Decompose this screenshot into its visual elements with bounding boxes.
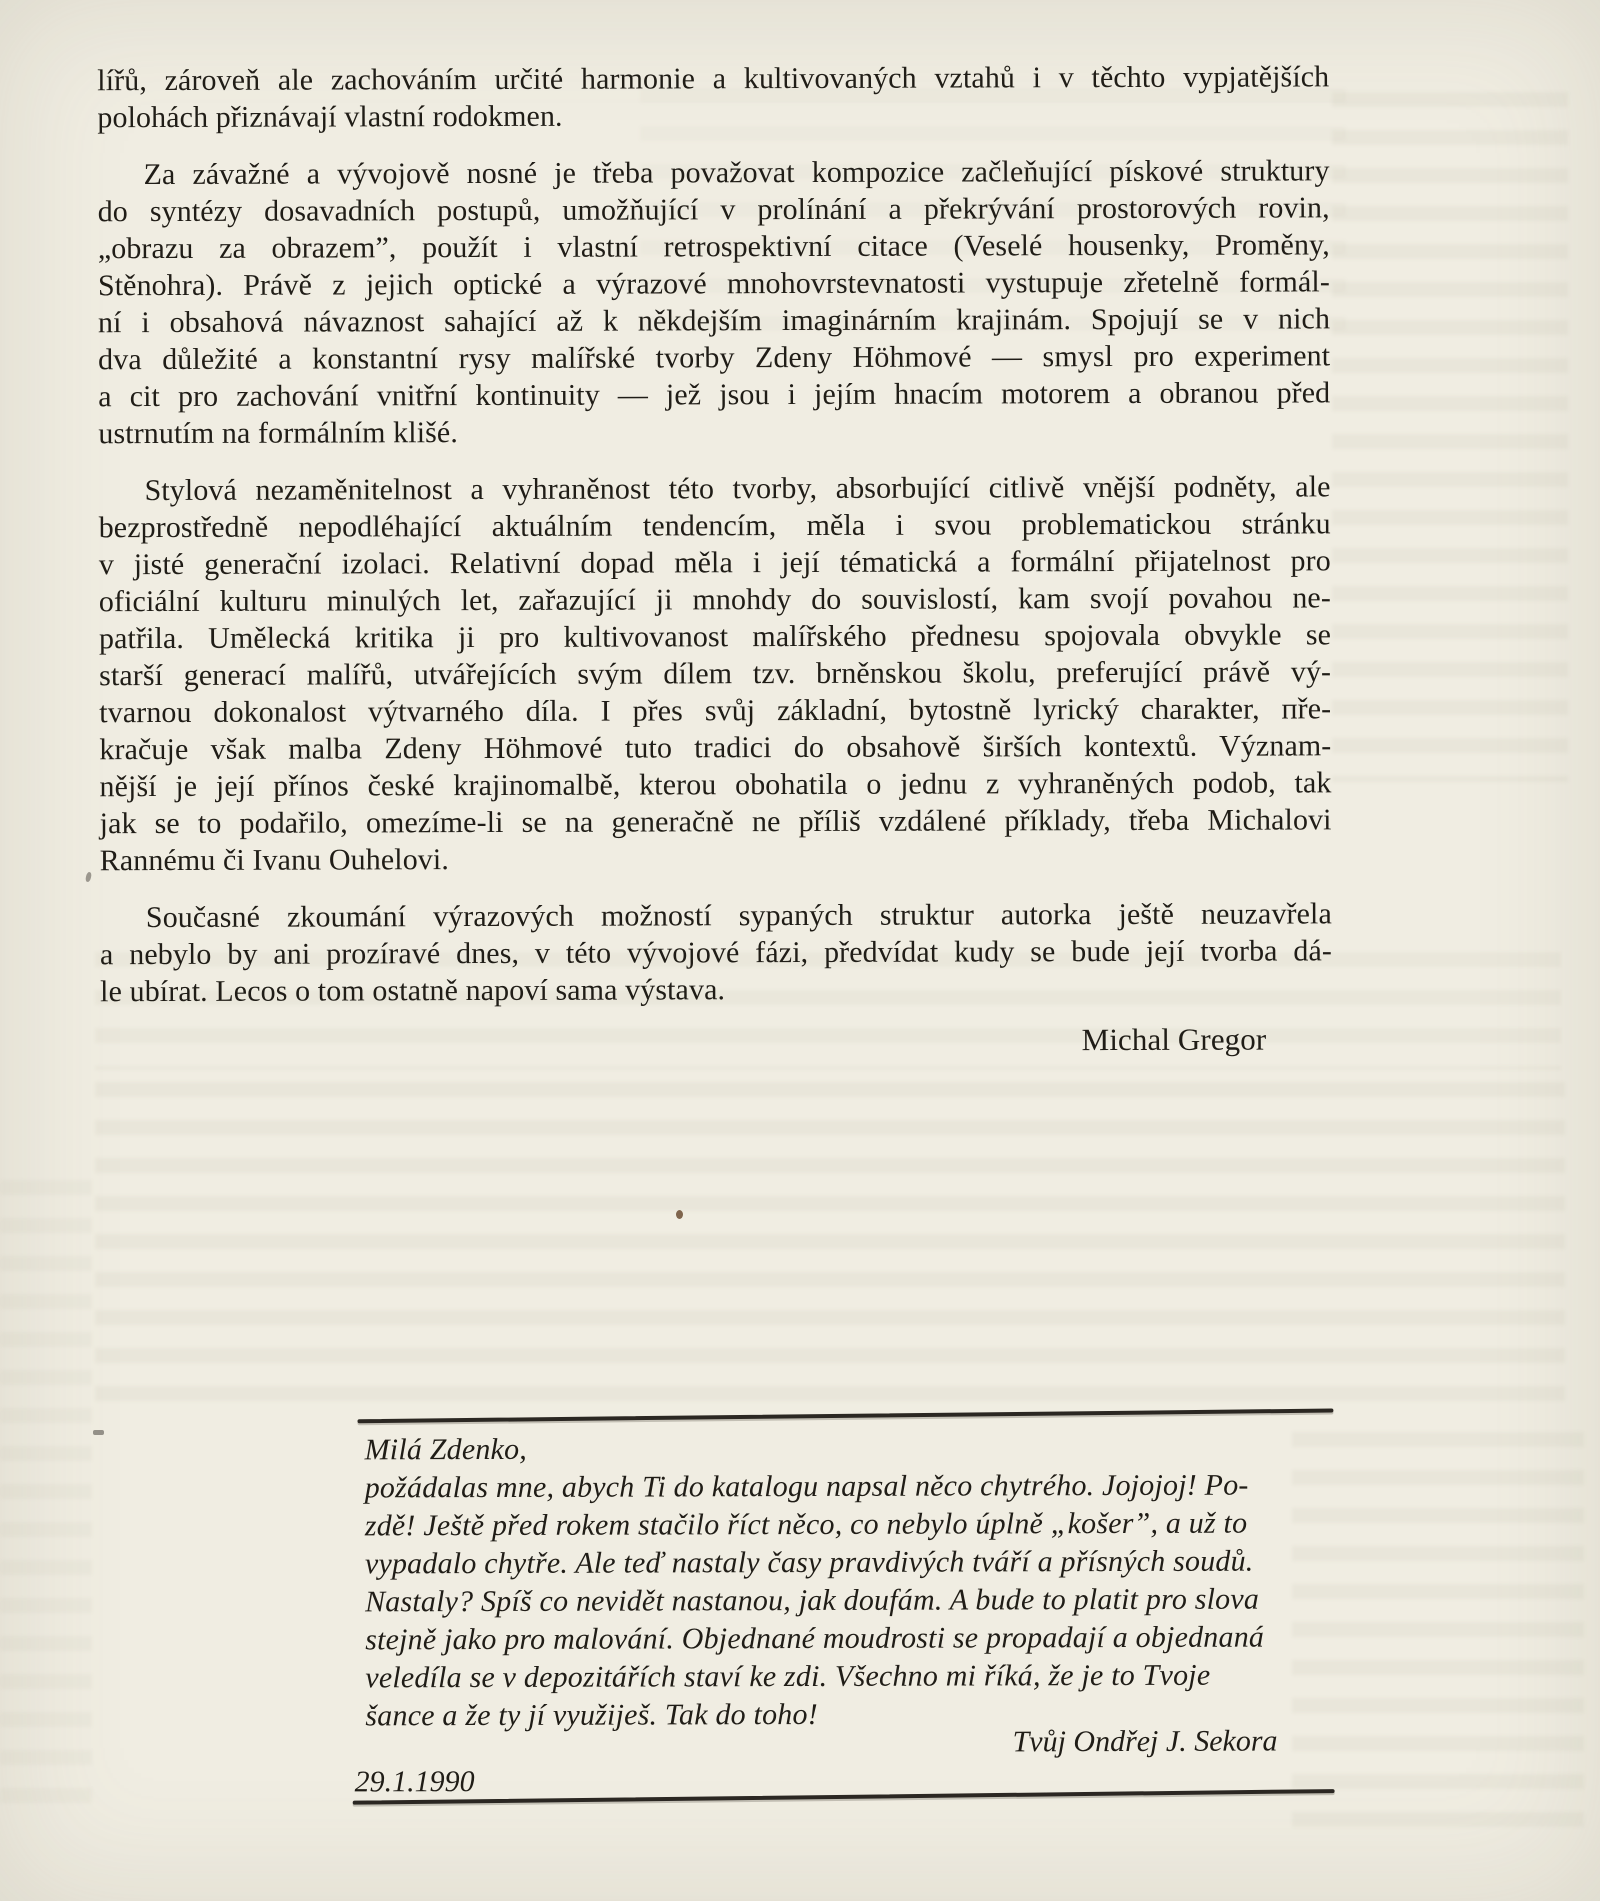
text-line: do syntézy dosavadních postupů, umožňují…	[98, 189, 1330, 230]
paragraph-3: Stylová nezaměnitelnost a vyhraněnost té…	[98, 468, 1331, 879]
text-line: kračuje však malba Zdeny Höhmové tuto tr…	[99, 727, 1331, 768]
text-line: v jisté generační izolaci. Relativní dop…	[99, 542, 1331, 583]
text-line: starší generací malířů, utvářejících svý…	[99, 653, 1331, 694]
text-line: zdě! Ještě před rokem stačilo říct něco,…	[365, 1504, 1280, 1545]
text-line: a nebylo by ani prozíravé dnes, v této v…	[100, 932, 1332, 973]
text-line: vypadalo chytře. Ale teď nastaly časy pr…	[365, 1542, 1280, 1583]
text-line: stejně jako pro malování. Objednané moud…	[365, 1618, 1280, 1659]
paragraph-2: Za závažné a vývojově nosné je třeba pov…	[98, 152, 1331, 452]
text-line: bezprostředně nepodléhající aktuálním te…	[99, 505, 1331, 546]
scanned-page: lířů, zároveň ale zachováním určité harm…	[0, 0, 1600, 1901]
text-line: le ubírat. Lecos o tom ostatně napoví sa…	[100, 969, 1332, 1010]
paragraph-4: Současné zkoumání výrazových možností sy…	[100, 895, 1332, 1010]
text-line: Stylová nezaměnitelnost a vyhraněnost té…	[98, 468, 1330, 509]
text-line: tvarnou dokonalost výtvarného díla. I př…	[99, 690, 1331, 731]
letter-text: Milá Zdenko,požádalas mne, abych Ti do k…	[365, 1428, 1281, 1735]
letter-bottom-rule	[353, 1789, 1335, 1805]
text-line: oficiální kulturu minulých let, zařazují…	[99, 579, 1331, 620]
paragraph-1: lířů, zároveň ale zachováním určité harm…	[97, 58, 1329, 136]
page-content: lířů, zároveň ale zachováním určité harm…	[0, 0, 1600, 1901]
text-line: Současné zkoumání výrazových možností sy…	[100, 895, 1332, 936]
text-line: Rannému či Ivanu Ouhelovi.	[100, 838, 1332, 879]
text-line: ustrnutím na formálním klišé.	[98, 411, 1330, 452]
text-line: dva důležité a konstantní rysy malířské …	[98, 337, 1330, 378]
letter-date: 29.1.1990	[355, 1765, 475, 1799]
text-line: Za závažné a vývojově nosné je třeba pov…	[98, 152, 1330, 193]
text-line: polohách přiznávají vlastní rodokmen.	[97, 95, 1329, 136]
text-line: veledíla se v depozitářích staví ke zdi.…	[365, 1656, 1280, 1697]
text-line: nější je její přínos české krajinomalbě,…	[99, 764, 1331, 805]
text-line: požádalas mne, abych Ti do katalogu naps…	[365, 1466, 1280, 1507]
text-line: ní i obsahová návaznost sahající až k ně…	[98, 300, 1330, 341]
text-line: Stěnohra). Právě z jejich optické a výra…	[98, 263, 1330, 304]
letter-top-rule	[357, 1408, 1333, 1423]
text-line: „obrazu za obrazem”, použít i vlastní re…	[98, 226, 1330, 267]
text-line: Nastaly? Spíš co nevidět nastanou, jak d…	[365, 1580, 1280, 1621]
letter-signature: Tvůj Ondřej J. Sekora	[365, 1724, 1303, 1761]
text-line: jak se to podařilo, omezíme-li se na gen…	[100, 801, 1332, 842]
essay-author-signature: Michal Gregor	[100, 1020, 1332, 1061]
text-line: Milá Zdenko,	[365, 1428, 1280, 1469]
essay-text: lířů, zároveň ale zachováním určité harm…	[97, 58, 1332, 1061]
text-line: a cit pro zachování vnitřní kontinuity —…	[98, 374, 1330, 415]
text-line: lířů, zároveň ale zachováním určité harm…	[97, 58, 1329, 99]
text-line: patřila. Umělecká kritika ji pro kultivo…	[99, 616, 1331, 657]
